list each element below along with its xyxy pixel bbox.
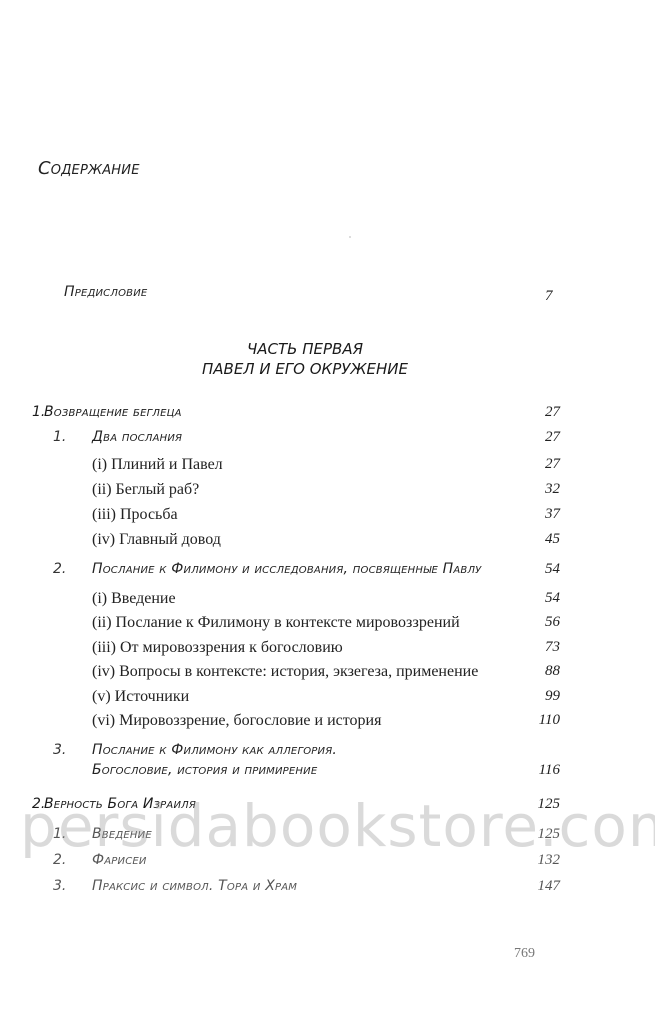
toc-entry-number: 1. <box>53 429 66 445</box>
toc-entry: 3.Праксис и символ. Тора и Храм147 <box>0 878 655 898</box>
toc-preface-page: 7 <box>545 288 553 305</box>
paper-speck <box>349 236 351 238</box>
toc-entry-label: (iv) Вопросы в контексте: история, экзег… <box>92 663 478 681</box>
toc-entry: 3.Послание к Филимону как аллегория. <box>0 742 655 762</box>
toc-entry: (iii) От мировоззрения к богословию73 <box>0 639 655 659</box>
toc-entry: Богословие, история и примирение116 <box>0 762 655 782</box>
toc-entry-page: 37 <box>520 506 560 523</box>
toc-entry-page: 110 <box>520 712 560 729</box>
toc-entry-label: Возвращение беглеца <box>44 404 182 420</box>
toc-entry-label: (iii) От мировоззрения к богословию <box>92 639 343 657</box>
toc-entry-page: 116 <box>520 762 560 779</box>
watermark: persidabookstore.com <box>20 792 655 860</box>
toc-entry-label: (i) Введение <box>92 590 176 608</box>
toc-entry: (iv) Главный довод45 <box>0 531 655 551</box>
toc-entry-label: (vi) Мировоззрение, богословие и история <box>92 712 381 730</box>
toc-entry-label: Послание к Филимону и исследования, посв… <box>92 561 481 577</box>
toc-entry: 1.Два послания27 <box>0 429 655 449</box>
toc-entry-page: 147 <box>520 878 560 895</box>
toc-entry-label: (i) Плиний и Павел <box>92 456 223 474</box>
toc-entry: (iv) Вопросы в контексте: история, экзег… <box>0 663 655 683</box>
toc-entry: (iii) Просьба37 <box>0 506 655 526</box>
toc-entry: 1.Возвращение беглеца27 <box>0 404 655 424</box>
toc-entry: (v) Источники99 <box>0 688 655 708</box>
toc-entry: (i) Плиний и Павел27 <box>0 456 655 476</box>
toc-preface-label: Предисловие <box>64 284 147 300</box>
toc-entry-page: 88 <box>520 663 560 680</box>
toc-entry: (vi) Мировоззрение, богословие и история… <box>0 712 655 732</box>
toc-entry: 2.Послание к Филимону и исследования, по… <box>0 561 655 581</box>
toc-entry-page: 54 <box>520 590 560 607</box>
page-number: 769 <box>514 946 535 962</box>
toc-entry-page: 27 <box>520 404 560 421</box>
toc-entry-page: 27 <box>520 456 560 473</box>
toc-entry-label: (iii) Просьба <box>92 506 178 524</box>
toc-entry-label: Два послания <box>92 429 182 445</box>
toc-entry-label: Богословие, история и примирение <box>92 762 317 778</box>
toc-entry-page: 73 <box>520 639 560 656</box>
toc-entry-label: (ii) Послание к Филимону в контексте мир… <box>92 614 460 632</box>
toc-entry: (ii) Беглый раб?32 <box>0 481 655 501</box>
toc-entry-page: 99 <box>520 688 560 705</box>
toc-entry-label: (v) Источники <box>92 688 189 706</box>
toc-entry-page: 45 <box>520 531 560 548</box>
page-title: Содержание <box>38 158 140 179</box>
part-heading-title: ПАВЕЛ И ЕГО ОКРУЖЕНИЕ <box>0 360 610 378</box>
toc-entry-page: 56 <box>520 614 560 631</box>
toc-entry-number: 3. <box>53 742 66 758</box>
toc-entry-label: (iv) Главный довод <box>92 531 221 549</box>
toc-entry-page: 32 <box>520 481 560 498</box>
toc-entry-label: Праксис и символ. Тора и Храм <box>92 878 297 894</box>
part-heading-number: ЧАСТЬ ПЕРВАЯ <box>0 340 610 358</box>
toc-entry: (i) Введение54 <box>0 590 655 610</box>
toc-entry: (ii) Послание к Филимону в контексте мир… <box>0 614 655 634</box>
toc-entry-label: Послание к Филимону как аллегория. <box>92 742 337 758</box>
toc-entry-number: 2. <box>53 561 66 577</box>
toc-entry-label: (ii) Беглый раб? <box>92 481 199 499</box>
toc-entry-page: 54 <box>520 561 560 578</box>
toc-entry-number: 3. <box>53 878 66 894</box>
toc-entry-page: 27 <box>520 429 560 446</box>
